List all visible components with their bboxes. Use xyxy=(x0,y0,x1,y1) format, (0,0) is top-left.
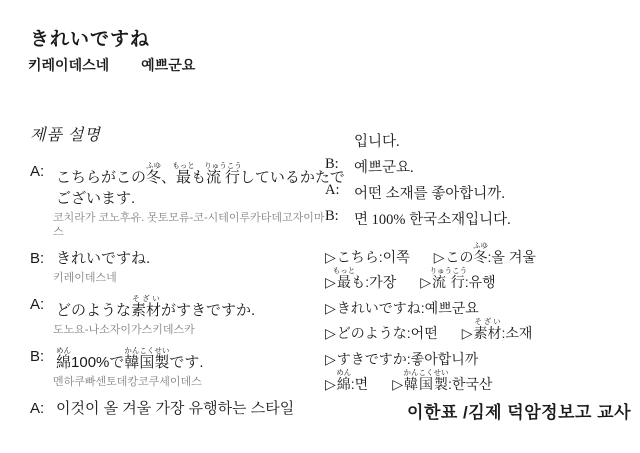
japanese-text: 綿めん100%で韓国製かんこくせいです. xyxy=(56,346,352,373)
korean-reading: 멘하쿠빠센토데캉코쿠세이데스 xyxy=(30,375,325,389)
triangle-bullet-icon: ▷ xyxy=(325,376,336,392)
korean-text: 입니다. xyxy=(354,130,400,156)
dialog-entry: B:綿めん100%で韓国製かんこくせいです.멘하쿠빠센토데캉코쿠세이데스 xyxy=(30,346,352,389)
korean-reading: 키레이데스네 xyxy=(30,271,325,285)
title-subtitle: 키레이데스네 예쁘군요 xyxy=(28,55,195,75)
page-title: きれいですね xyxy=(30,24,150,51)
title-translation: 예쁘군요 xyxy=(141,55,195,75)
vocab-item: ▷きれいですね:예쁘군요 xyxy=(325,299,479,317)
vocab-row: ▷こちら:이쪽▷この冬ふゆ:올 겨울 xyxy=(325,240,631,266)
vocab-item: ▷どのような:어떤 xyxy=(325,324,438,342)
vocab-row: ▷きれいですね:예쁘군요 xyxy=(325,291,631,317)
speaker-label: A: xyxy=(30,398,56,419)
vocab-item: ▷流行りゅうこう:유행 xyxy=(420,266,495,291)
dialog-line: A:이것이 올 겨울 가장 유행하는 스타일 xyxy=(30,398,352,419)
japanese-text: 이것이 올 겨울 가장 유행하는 스타일 xyxy=(56,398,352,419)
dialog-entry: A:이것이 올 겨울 가장 유행하는 스타일 xyxy=(30,398,352,419)
japanese-text: どのような素材そざいがすきですか. xyxy=(56,294,352,321)
translation-line: B:예쁘군요. xyxy=(325,156,631,182)
speaker-label xyxy=(325,130,354,156)
speaker-label: B: xyxy=(30,346,56,373)
triangle-bullet-icon: ▷ xyxy=(462,325,473,341)
korean-text: 어떤 소재를 좋아합니까. xyxy=(354,182,505,208)
korean-text: 면 100% 한국소재입니다. xyxy=(354,208,511,234)
vocab-item: ▷すきですか:좋아합니까 xyxy=(325,350,478,368)
korean-text: 예쁘군요. xyxy=(354,156,414,182)
triangle-bullet-icon: ▷ xyxy=(434,249,445,265)
speaker-label: B: xyxy=(325,208,354,234)
vocab-list: ▷こちら:이쪽▷この冬ふゆ:올 겨울▷最もっとも:가장▷流行りゅうこう:유행▷き… xyxy=(325,240,631,393)
vocab-row: ▷どのような:어떤▷素材そざい:소재 xyxy=(325,317,631,343)
dialog-line: A:どのような素材そざいがすきですか. xyxy=(30,294,352,321)
speaker-label: B: xyxy=(30,248,56,269)
japanese-text: こちらがこの冬ふゆ、最もっとも流行りゅうこうしているかたでございます. xyxy=(56,161,352,209)
korean-reading: 코치라가 코노후유. 못토모류-코-시테이루카타데고자이마스 xyxy=(30,211,325,239)
speaker-label: A: xyxy=(30,161,56,209)
vocab-item: ▷こちら:이쪽 xyxy=(325,248,410,266)
translation-line: A:어떤 소재를 좋아합니까. xyxy=(325,182,631,208)
section-title: 제품 설명 xyxy=(30,122,352,145)
dialog-entry: A:どのような素材そざいがすきですか.도노요-나소자이가스키데스카 xyxy=(30,294,352,337)
dialog-entry: A:こちらがこの冬ふゆ、最もっとも流行りゅうこうしているかたでございます.코치라… xyxy=(30,161,352,239)
triangle-bullet-icon: ▷ xyxy=(325,325,336,341)
dialog-entry: B:きれいですね.키레이데스네 xyxy=(30,248,352,285)
triangle-bullet-icon: ▷ xyxy=(325,249,336,265)
vocab-item: ▷韓国製かんこくせい:한국산 xyxy=(392,368,492,393)
dialog-line: B:綿めん100%で韓国製かんこくせいです. xyxy=(30,346,352,373)
speaker-label: A: xyxy=(30,294,56,321)
translation-column: 입니다.B:예쁘군요.A:어떤 소재를 좋아합니까.B:면 100% 한국소재입… xyxy=(325,130,631,423)
author-credit: 이한표 /김제 덕암정보고 교사 xyxy=(325,398,631,423)
vocab-item: ▷最もっとも:가장 xyxy=(325,266,396,291)
dialog-column: 제품 설명 A:こちらがこの冬ふゆ、最もっとも流行りゅうこうしているかたでござい… xyxy=(30,122,352,428)
vocab-row: ▷すきですか:좋아합니까 xyxy=(325,342,631,368)
korean-reading: 도노요-나소자이가스키데스카 xyxy=(30,323,325,337)
lesson-page: きれいですね 키레이데스네 예쁘군요 제품 설명 A:こちらがこの冬ふゆ、最もっ… xyxy=(0,0,640,453)
triangle-bullet-icon: ▷ xyxy=(392,376,403,392)
dialog-line: B:きれいですね. xyxy=(30,248,352,269)
vocab-row: ▷綿めん:면▷韓国製かんこくせい:한국산 xyxy=(325,368,631,394)
vocab-item: ▷この冬ふゆ:올 겨울 xyxy=(434,241,536,266)
speaker-label: B: xyxy=(325,156,354,182)
vocab-item: ▷素材そざい:소재 xyxy=(462,317,533,342)
dialog-list: A:こちらがこの冬ふゆ、最もっとも流行りゅうこうしているかたでございます.코치라… xyxy=(30,161,352,419)
title-reading: 키레이데스네 xyxy=(28,55,109,75)
translation-line: 입니다. xyxy=(325,130,631,156)
triangle-bullet-icon: ▷ xyxy=(325,351,336,367)
dialog-line: A:こちらがこの冬ふゆ、最もっとも流行りゅうこうしているかたでございます. xyxy=(30,161,352,209)
translation-dialog-list: 입니다.B:예쁘군요.A:어떤 소재를 좋아합니까.B:면 100% 한국소재입… xyxy=(325,130,631,234)
vocab-item: ▷綿めん:면 xyxy=(325,368,368,393)
triangle-bullet-icon: ▷ xyxy=(325,300,336,316)
translation-line: B:면 100% 한국소재입니다. xyxy=(325,208,631,234)
japanese-text: きれいですね. xyxy=(56,248,352,269)
speaker-label: A: xyxy=(325,182,354,208)
vocab-row: ▷最もっとも:가장▷流行りゅうこう:유행 xyxy=(325,266,631,292)
